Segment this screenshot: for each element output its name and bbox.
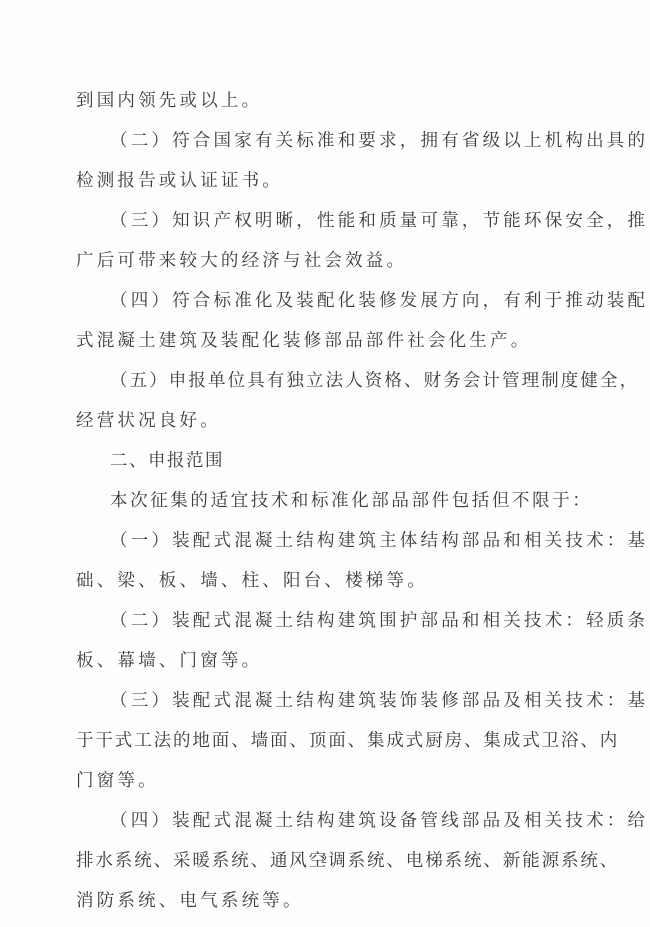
paragraph-line: （二）装配式混凝土结构建筑围护部品和相关技术：轻质条 (110, 610, 648, 632)
paragraph-line: 板、幕墙、门窗等。 (76, 650, 262, 672)
paragraph-line: 式混凝土建筑及装配化装修部品部件社会化生产。 (76, 330, 531, 352)
paragraph-line: 广后可带来较大的经济与社会效益。 (76, 250, 407, 272)
paragraph-line: 消防系统、电气系统等。 (76, 890, 304, 912)
document-page: 到国内领先或以上。 （二）符合国家有关标准和要求，拥有省级以上机构出具的 检测报… (0, 0, 650, 927)
paragraph-line: 经营状况良好。 (76, 410, 221, 432)
paragraph-line: （四）装配式混凝土结构建筑设备管线部品及相关技术：给 (110, 810, 648, 832)
paragraph-line: 于干式工法的地面、墙面、顶面、集成式厨房、集成式卫浴、内 (76, 730, 619, 752)
paragraph-line: （四）符合标准化及装配化装修发展方向，有利于推动装配 (110, 290, 648, 312)
section-heading: 二、申报范围 (110, 450, 224, 472)
paragraph-line: （三）知识产权明晰，性能和质量可靠，节能环保安全，推 (110, 210, 648, 232)
paragraph-line: （一）装配式混凝土结构建筑主体结构部品和相关技术：基 (110, 530, 648, 552)
page-number: 2 (321, 852, 327, 867)
paragraph-line: 检测报告或认证证书。 (76, 170, 283, 192)
paragraph-line: （五）申报单位具有独立法人资格、财务会计管理制度健全， (110, 370, 639, 392)
paragraph-line: 排水系统、采暖系统、通风空调系统、电梯系统、新能源系统、 (76, 850, 619, 872)
paragraph-line: 门窗等。 (76, 770, 159, 792)
paragraph-line: 础、梁、板、墙、柱、阳台、楼梯等。 (76, 570, 428, 592)
paragraph-line: 到国内领先或以上。 (76, 90, 262, 112)
paragraph-line: （二）符合国家有关标准和要求，拥有省级以上机构出具的 (110, 130, 648, 152)
paragraph-line: 本次征集的适宜技术和标准化部品部件包括但不限于： (110, 490, 592, 512)
paragraph-line: （三）装配式混凝土结构建筑装饰装修部品及相关技术：基 (110, 690, 648, 712)
